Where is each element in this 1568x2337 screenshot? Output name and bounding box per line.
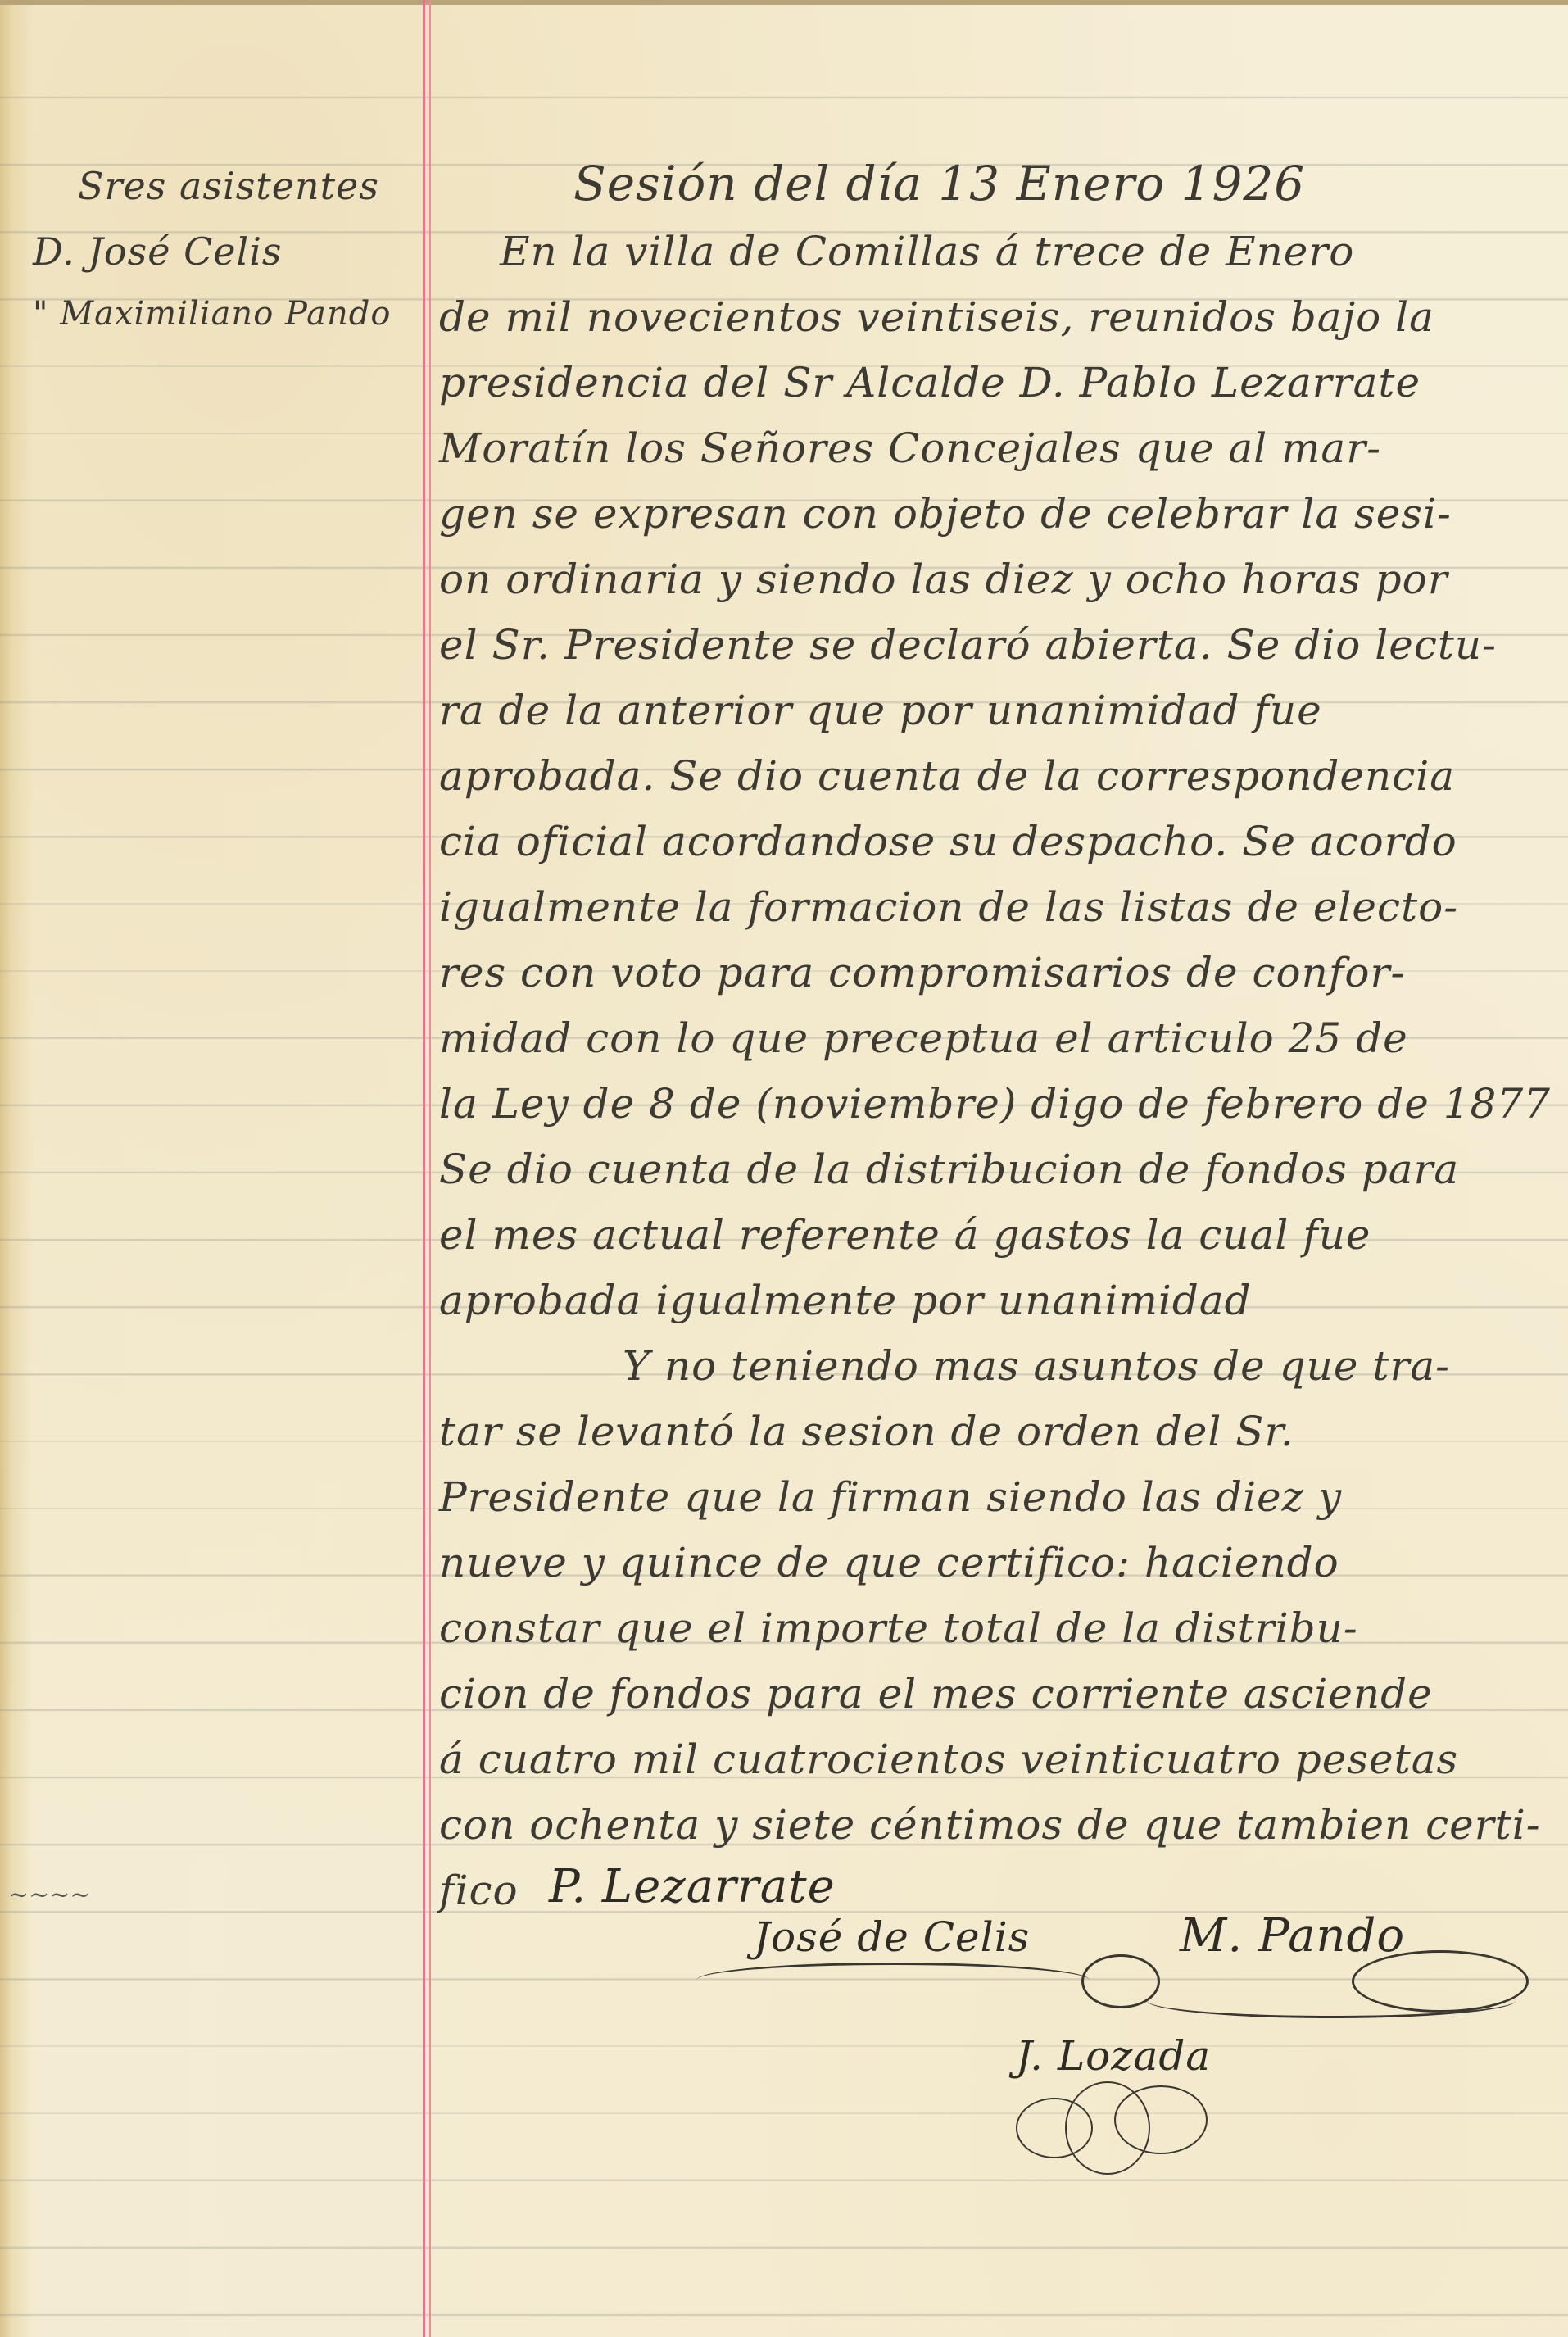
body-line: cion de fondos para el mes corriente asc… [439, 1670, 1433, 1718]
margin-attendee: " Maximiliano Pando [33, 295, 391, 333]
body-line: aprobada. Se dio cuenta de la correspond… [439, 752, 1455, 800]
body-line: on ordinaria y siendo las diez y ocho ho… [439, 556, 1448, 603]
session-title: Sesión del día 13 Enero 1926 [573, 156, 1305, 211]
body-line: Y no teniendo mas asuntos de que tra- [623, 1342, 1450, 1390]
body-line: el Sr. Presidente se declaró abierta. Se… [439, 621, 1497, 669]
body-line: el mes actual referente á gastos la cual… [439, 1211, 1371, 1259]
body-line: gen se expresan con objeto de celebrar l… [439, 490, 1452, 538]
stray-ink-mark: ~~~~ [8, 1881, 91, 1909]
body-line: En la villa de Comillas á trece de Enero [500, 228, 1354, 275]
body-line: de mil novecientos veintiseis, reunidos … [439, 293, 1434, 341]
signature: J. Lozada [1016, 2032, 1211, 2080]
body-line: constar que el importe total de la distr… [439, 1604, 1358, 1652]
body-line: aprobada igualmente por unanimidad [439, 1277, 1252, 1324]
margin-rule-inner [429, 0, 431, 2337]
body-line: Moratín los Señores Concejales que al ma… [439, 424, 1381, 472]
body-line: tar se levantó la sesion de orden del Sr… [439, 1408, 1294, 1455]
signature: M. Pando [1180, 1909, 1405, 1963]
signature-flourish [696, 1963, 1090, 1998]
body-line: ra de la anterior que por unanimidad fue [439, 687, 1322, 734]
signature: José de Celis [754, 1913, 1030, 1961]
body-line: res con voto para compromisarios de conf… [439, 949, 1405, 996]
body-line: Presidente que la firman siendo las diez… [439, 1473, 1342, 1521]
signature-flourish [1114, 2085, 1208, 2154]
margin-attendee: D. José Celis [33, 229, 283, 274]
margin-rule [423, 0, 425, 2337]
signature-flourish [1352, 1950, 1529, 2013]
margin-heading: Sres asistentes [78, 164, 379, 208]
body-line: á cuatro mil cuatrocientos veinticuatro … [439, 1736, 1458, 1783]
body-line: nueve y quince de que certifico: haciend… [439, 1539, 1339, 1586]
body-line: igualmente la formacion de las listas de… [439, 883, 1458, 931]
body-line: Se dio cuenta de la distribucion de fond… [439, 1146, 1459, 1193]
body-line: la Ley de 8 de (noviembre) digo de febre… [439, 1080, 1551, 1128]
body-line: presidencia del Sr Alcalde D. Pablo Leza… [439, 359, 1421, 406]
signature: P. Lezarrate [549, 1860, 836, 1913]
body-line: con ochenta y siete céntimos de que tamb… [439, 1801, 1541, 1849]
ledger-page: Sres asistentes D. José Celis " Maximili… [0, 0, 1568, 2337]
body-line: midad con lo que preceptua el articulo 2… [439, 1014, 1408, 1062]
body-line: fico [439, 1867, 519, 1914]
body-line: cia oficial acordandose su despacho. Se … [439, 818, 1457, 865]
